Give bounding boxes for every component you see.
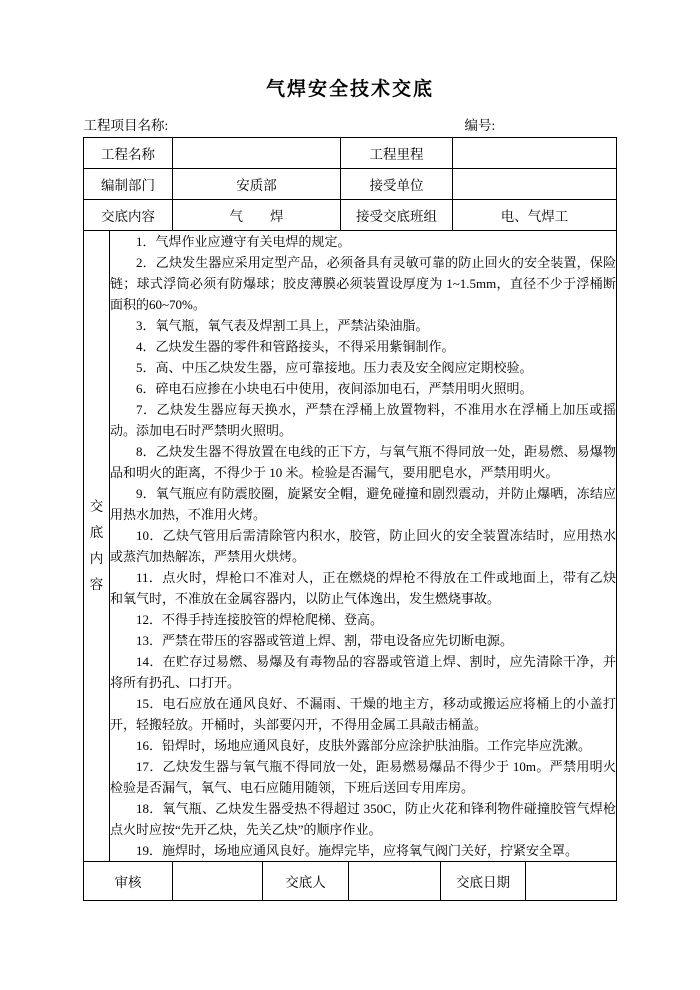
value-receiving-team: 电、气焊工: [453, 200, 617, 231]
document-number-label: 编号:: [465, 114, 496, 134]
value-disclosure-content: 气 焊: [173, 200, 341, 231]
content-body-cell: 1．气焊作业应遵守有关电焊的规定。 2．乙炔发生器应采用定型产品，必须备具有灵敏…: [110, 231, 617, 862]
content-item: 2．乙炔发生器应采用定型产品，必须备具有灵敏可靠的防止回火的安全装置，保险链；球…: [110, 252, 616, 315]
table-row: 交底内容 气 焊 接受交底班组 电、气焊工: [84, 200, 617, 231]
info-table: 工程名称 工程里程 编制部门 安质部 接受单位 交底内容 气 焊 接受交底班组 …: [83, 137, 617, 231]
label-receiving-team: 接受交底班组: [341, 200, 453, 231]
content-side-label-cell: 交底内容: [84, 231, 110, 862]
content-item: 8．乙炔发生器不得放置在电线的正下方，与氧气瓶不得同放一处，距易燃、易爆物品和明…: [110, 441, 616, 483]
table-row: 审核 交底人 交底日期: [84, 862, 617, 901]
content-table: 交底内容 1．气焊作业应遵守有关电焊的规定。 2．乙炔发生器应采用定型产品，必须…: [83, 230, 617, 862]
value-review: [173, 862, 263, 901]
content-item: 5．高、中压乙炔发生器，应可靠接地。压力表及安全阀应定期校验。: [110, 357, 616, 378]
value-disclosure-date: [526, 862, 617, 901]
value-discloser: [349, 862, 441, 901]
footer-table: 审核 交底人 交底日期: [83, 861, 617, 901]
page-title: 气焊安全技术交底: [0, 0, 700, 101]
content-item: 3．氧气瓶，氧气表及焊割工具上，严禁沾染油脂。: [110, 315, 616, 336]
meta-row: 工程项目名称: 编号:: [84, 114, 617, 132]
content-side-label: 交底内容: [89, 494, 105, 598]
content-item: 19．施焊时，场地应通风良好。施焊完毕，应将氧气阀门关好，拧紧安全罩。: [110, 840, 616, 861]
project-name-label: 工程项目名称:: [84, 114, 169, 134]
content-item: 9．氧气瓶应有防震胶圈，旋紧安全帽，避免碰撞和剧烈震动，并防止爆晒，冻结应用热水…: [110, 483, 616, 525]
label-review: 审核: [84, 862, 173, 901]
content-item: 6．碎电石应掺在小块电石中使用，夜间添加电石，严禁用明火照明。: [110, 378, 616, 399]
content-item: 12．不得手持连接胶管的焊枪爬梯、登高。: [110, 609, 616, 630]
table-row: 交底内容 1．气焊作业应遵守有关电焊的规定。 2．乙炔发生器应采用定型产品，必须…: [84, 231, 617, 862]
content-item: 4．乙炔发生器的零件和管路接头，不得采用紫铜制作。: [110, 336, 616, 357]
content-item: 15．电石应放在通风良好、不漏雨、干燥的地主方，移动或搬运应将桶上的小盖打开，轻…: [110, 693, 616, 735]
label-receiving-unit: 接受单位: [341, 169, 453, 200]
content-item: 7．乙炔发生器应每天换水，严禁在浮桶上放置物料，不准用水在浮桶上加压或摇动。添加…: [110, 399, 616, 441]
label-project-name: 工程名称: [84, 138, 173, 169]
label-project-mileage: 工程里程: [341, 138, 453, 169]
content-item: 14．在贮存过易燃、易爆及有毒物品的容器或管道上焊、割时，应先清除干净，并将所有…: [110, 651, 616, 693]
document-page: 气焊安全技术交底 工程项目名称: 编号: 工程名称 工程里程 编制部门 安质部 …: [0, 0, 700, 990]
table-row: 编制部门 安质部 接受单位: [84, 169, 617, 200]
content-item: 10．乙炔气管用后需清除管内积水，胶管，防止回火的安全装置冻结时，应用热水或蒸汽…: [110, 525, 616, 567]
content-item: 11．点火时，焊枪口不准对人，正在燃烧的焊枪不得放在工件或地面上，带有乙炔和氧气…: [110, 567, 616, 609]
content-item: 13．严禁在带压的容器或管道上焊、割，带电设备应先切断电源。: [110, 630, 616, 651]
content-item: 16．铅焊时，场地应通风良好，皮肤外露部分应涂护肤油脂。工作完毕应洗漱。: [110, 735, 616, 756]
value-project-mileage: [453, 138, 617, 169]
content-item: 18．氧气瓶、乙炔发生器受热不得超过 350C，防止火花和锋利物件碰撞胶管气焊枪…: [110, 798, 616, 840]
label-disclosure-content: 交底内容: [84, 200, 173, 231]
label-compiling-dept: 编制部门: [84, 169, 173, 200]
content-item: 1．气焊作业应遵守有关电焊的规定。: [110, 231, 616, 252]
label-discloser: 交底人: [263, 862, 349, 901]
value-project-name: [173, 138, 341, 169]
table-row: 工程名称 工程里程: [84, 138, 617, 169]
value-compiling-dept: 安质部: [173, 169, 341, 200]
content-item: 17．乙炔发生器与氧气瓶不得同放一处，距易燃易爆品不得少于 10m。严禁用明火检…: [110, 756, 616, 798]
label-disclosure-date: 交底日期: [441, 862, 526, 901]
value-receiving-unit: [453, 169, 617, 200]
